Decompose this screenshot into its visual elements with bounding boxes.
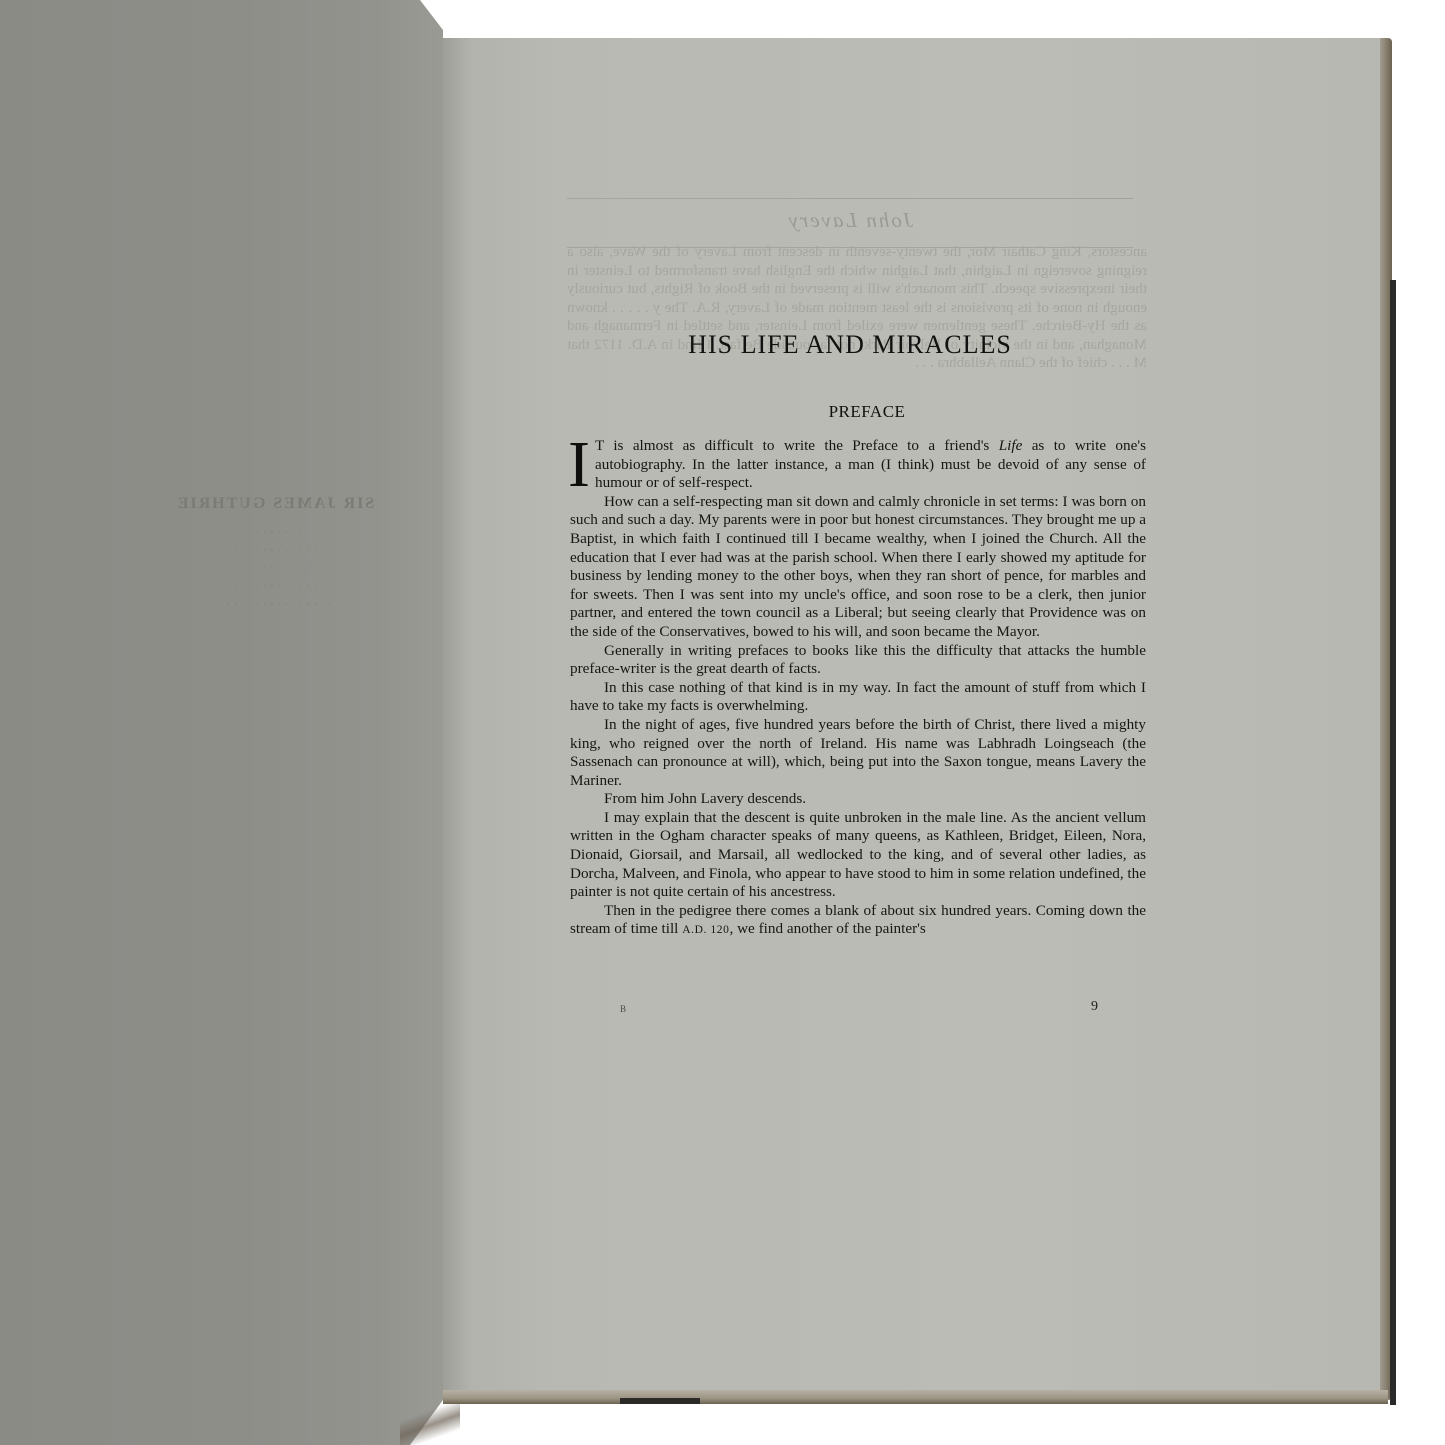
paragraph: How can a self-respecting man sit down a…: [570, 493, 1146, 642]
showthrough-line: · · · · · · · · · · · ·: [95, 563, 455, 573]
showthrough-line: · · · · · · · · · · · ·: [95, 581, 455, 591]
section-heading: PREFACE: [567, 402, 1167, 422]
paragraph: Generally in writing prefaces to books l…: [570, 642, 1146, 679]
showthrough-line: · · · · · · · ·: [95, 527, 455, 537]
body-text: IT is almost as difficult to write the P…: [570, 437, 1146, 940]
drop-cap: I: [568, 439, 590, 491]
signature-mark: B: [620, 1004, 626, 1014]
paragraph: In this case nothing of that kind is in …: [570, 679, 1146, 716]
paragraph: Then in the pedigree there comes a blank…: [570, 902, 1146, 940]
paragraph: In the night of ages, five hundred years…: [570, 716, 1146, 790]
left-page-showthrough: SIR JAMES GUTHRIE · · · · · · · · · · · …: [95, 495, 455, 617]
paragraph: From him John Lavery descends.: [570, 790, 1146, 809]
paragraph-text: , we find another of the painter's: [730, 920, 926, 937]
page-gutter: [443, 38, 473, 1398]
left-page: [0, 0, 443, 1445]
running-head-text: John Lavery: [567, 208, 1133, 233]
cover-edge: [1390, 280, 1396, 1405]
italic-title: Life: [999, 437, 1023, 454]
chapter-title: HIS LIFE AND MIRACLES: [567, 330, 1133, 360]
running-head-showthrough: John Lavery: [567, 198, 1133, 248]
deckle-edge-bottom: [443, 1390, 1388, 1404]
showthrough-line: · · · · · · · · · · · · · · · ·: [95, 599, 455, 609]
paragraph-text: T is almost as difficult to write the Pr…: [595, 437, 999, 454]
showthrough-line: · · · · · · · · · · · ·: [95, 545, 455, 555]
small-caps-date: A.D. 120: [682, 924, 729, 936]
paragraph: I may explain that the descent is quite …: [570, 809, 1146, 902]
cover-edge-bottom: [620, 1398, 700, 1404]
paragraph: IT is almost as difficult to write the P…: [570, 437, 1146, 493]
showthrough-title: SIR JAMES GUTHRIE: [95, 495, 455, 513]
page-number: 9: [1091, 999, 1098, 1015]
